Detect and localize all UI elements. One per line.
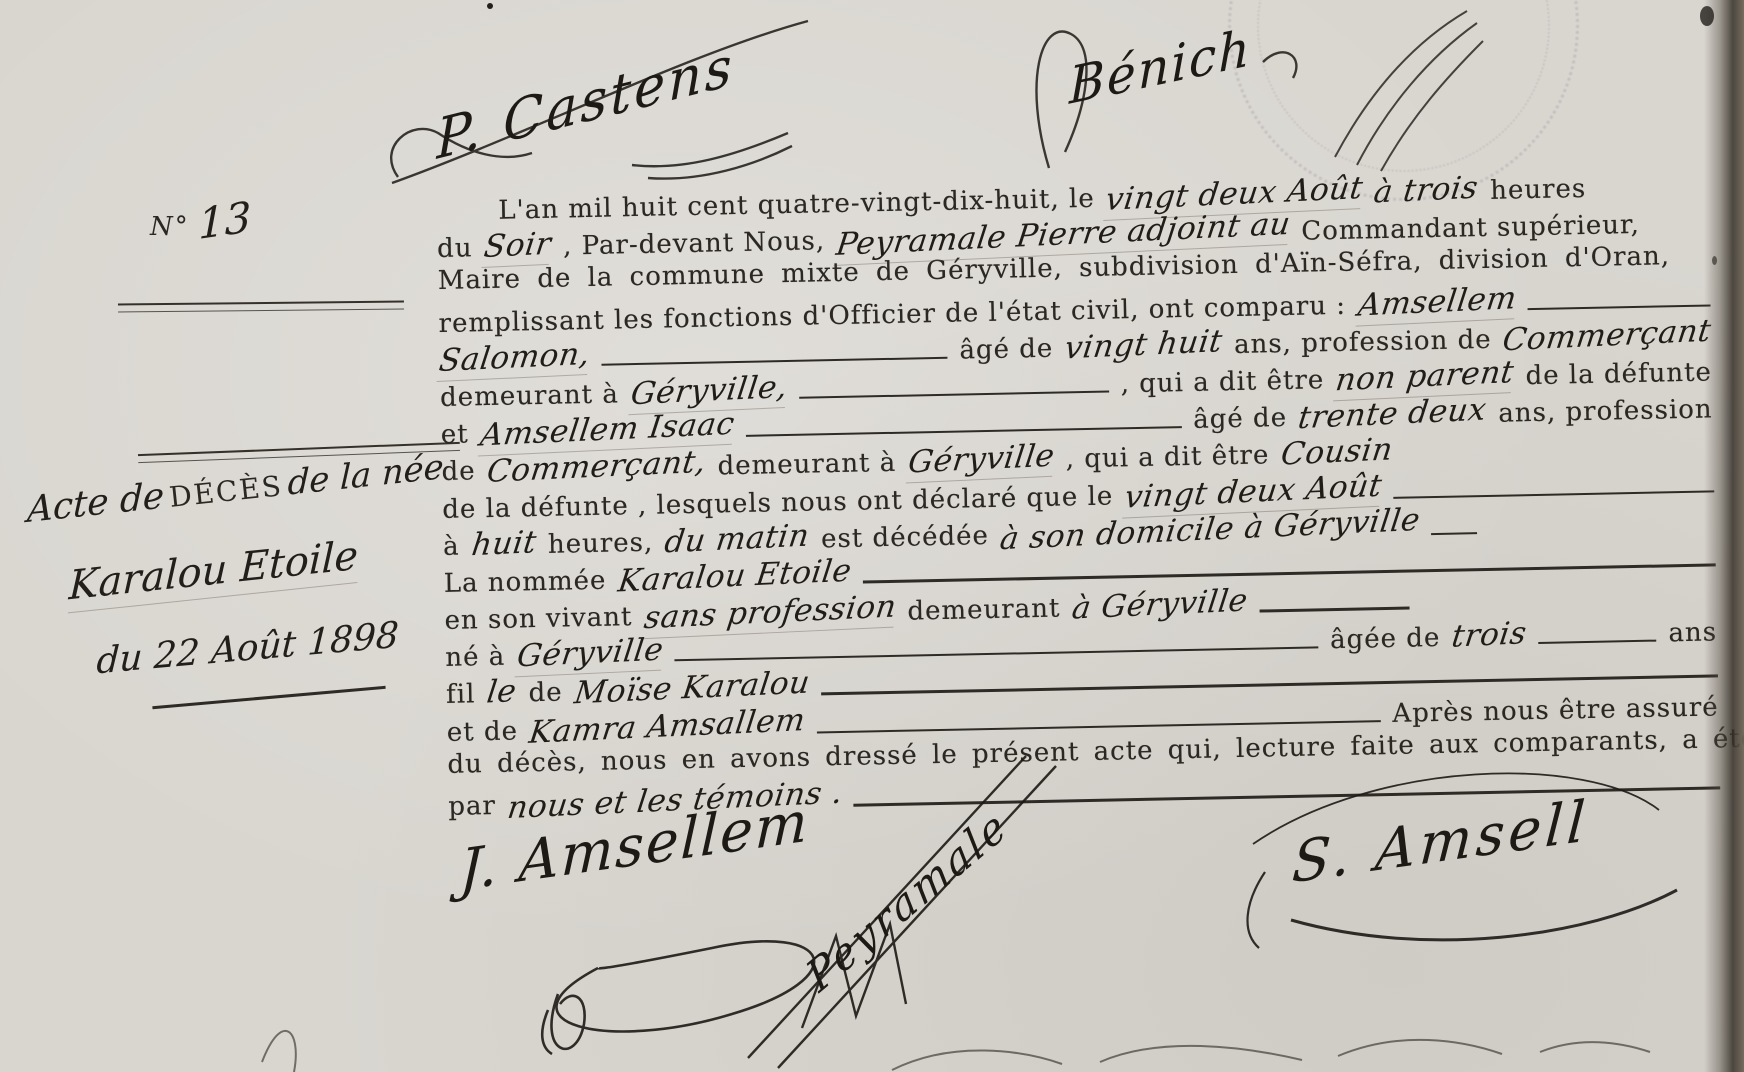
- deceased-name: Karalou Etoile: [68, 533, 359, 614]
- printed-text: demeurant à: [717, 448, 896, 482]
- ink-speck: [1712, 256, 1717, 265]
- printed-text: de la défunte: [1525, 357, 1712, 391]
- printed-text: en son vivant: [444, 602, 632, 636]
- handwritten-text: vingt huit: [1063, 323, 1225, 366]
- printed-text: , qui a dit être: [1065, 441, 1269, 475]
- blank-rule: [1431, 512, 1477, 535]
- margin-note-printed-deces: DÉCÈS: [168, 469, 285, 514]
- printed-text: heures: [1490, 174, 1587, 206]
- printed-text: est décédée: [821, 521, 989, 554]
- printed-text: de: [441, 457, 476, 488]
- signature-castens: P. Castens: [380, 15, 850, 205]
- page-gutter-shadow: [1704, 0, 1744, 1072]
- printed-text: âgé de: [959, 333, 1053, 365]
- printed-text: , qui a dit être: [1120, 365, 1324, 399]
- blank-rule: [745, 406, 1181, 437]
- act-number: 13: [198, 192, 251, 249]
- printed-text: âgée de: [1330, 623, 1441, 655]
- margin-note-date: du 22 Août 1898: [95, 615, 401, 682]
- printed-text: âgé de: [1193, 403, 1287, 435]
- printed-text: , Par-devant Nous,: [563, 226, 826, 261]
- handwritten-text: Commerçant: [1501, 312, 1714, 358]
- handwritten-text: trente deux: [1296, 392, 1489, 437]
- blank-rule: [1538, 620, 1656, 644]
- printed-text: et de: [447, 716, 519, 747]
- act-number-label: N°: [150, 212, 190, 242]
- printed-text: demeurant: [907, 594, 1061, 627]
- blank-rule: [798, 370, 1108, 398]
- ink-speck: [487, 3, 493, 9]
- signature-benich: Bénich: [1015, 0, 1345, 180]
- handwritten-text: trois: [1450, 615, 1529, 655]
- handwritten-text: à Géryville: [1070, 583, 1250, 627]
- ink-speck: [1700, 6, 1714, 26]
- printed-text: fil: [446, 680, 476, 711]
- printed-text: heures,: [548, 527, 654, 559]
- printed-text: du: [437, 233, 473, 264]
- printed-text: ans, profession de: [1234, 325, 1492, 360]
- handwritten-text: du matin: [663, 517, 812, 560]
- handwritten-text: huit: [469, 524, 538, 563]
- blank-rule: [1259, 587, 1409, 613]
- printed-text: La nommée: [444, 566, 607, 599]
- printed-text: ans, profession: [1498, 395, 1713, 429]
- margin-date-underline: [152, 686, 385, 709]
- blank-rule: [1527, 284, 1710, 310]
- act-body: L'an mil huit cent quatre-vingt-dix-huit…: [436, 166, 1720, 824]
- margin-note-name: Karalou Etoile: [66, 533, 360, 613]
- cut-off-handwriting: [0, 992, 1744, 1072]
- printed-text: demeurant à: [440, 379, 619, 413]
- printed-text: Après nous être assuré: [1392, 692, 1719, 729]
- margin-note-hw-prefix: Acte de: [26, 475, 164, 531]
- handwritten-text: Soir: [482, 226, 554, 268]
- handwritten-text: Amsellem: [1355, 280, 1518, 326]
- printed-text: et: [441, 420, 469, 451]
- handwritten-text: Salomon,: [437, 336, 593, 382]
- blank-rule: [1393, 470, 1714, 498]
- handwritten-text: Géryville: [514, 632, 665, 678]
- printed-text: Commandant supérieur,: [1301, 210, 1640, 247]
- paraph-strokes: [1325, 5, 1495, 175]
- handwritten-text: Géryville: [905, 438, 1056, 484]
- printed-text: né à: [445, 642, 505, 673]
- blank-rule: [601, 337, 947, 366]
- signature-s-amsell: S. Amsell: [1225, 752, 1725, 1002]
- act-date: du 22 Août 1898: [95, 615, 399, 683]
- handwritten-text: le: [485, 673, 519, 710]
- scanned-death-record: P. Castens Bénich N° 13 Acte de DÉCÈS de…: [0, 0, 1744, 1072]
- printed-text: de: [528, 678, 563, 709]
- margin-double-rule: [118, 301, 404, 313]
- printed-text: à: [443, 531, 460, 561]
- handwritten-text: Cousin: [1279, 432, 1395, 473]
- handwritten-text: à trois: [1372, 170, 1481, 211]
